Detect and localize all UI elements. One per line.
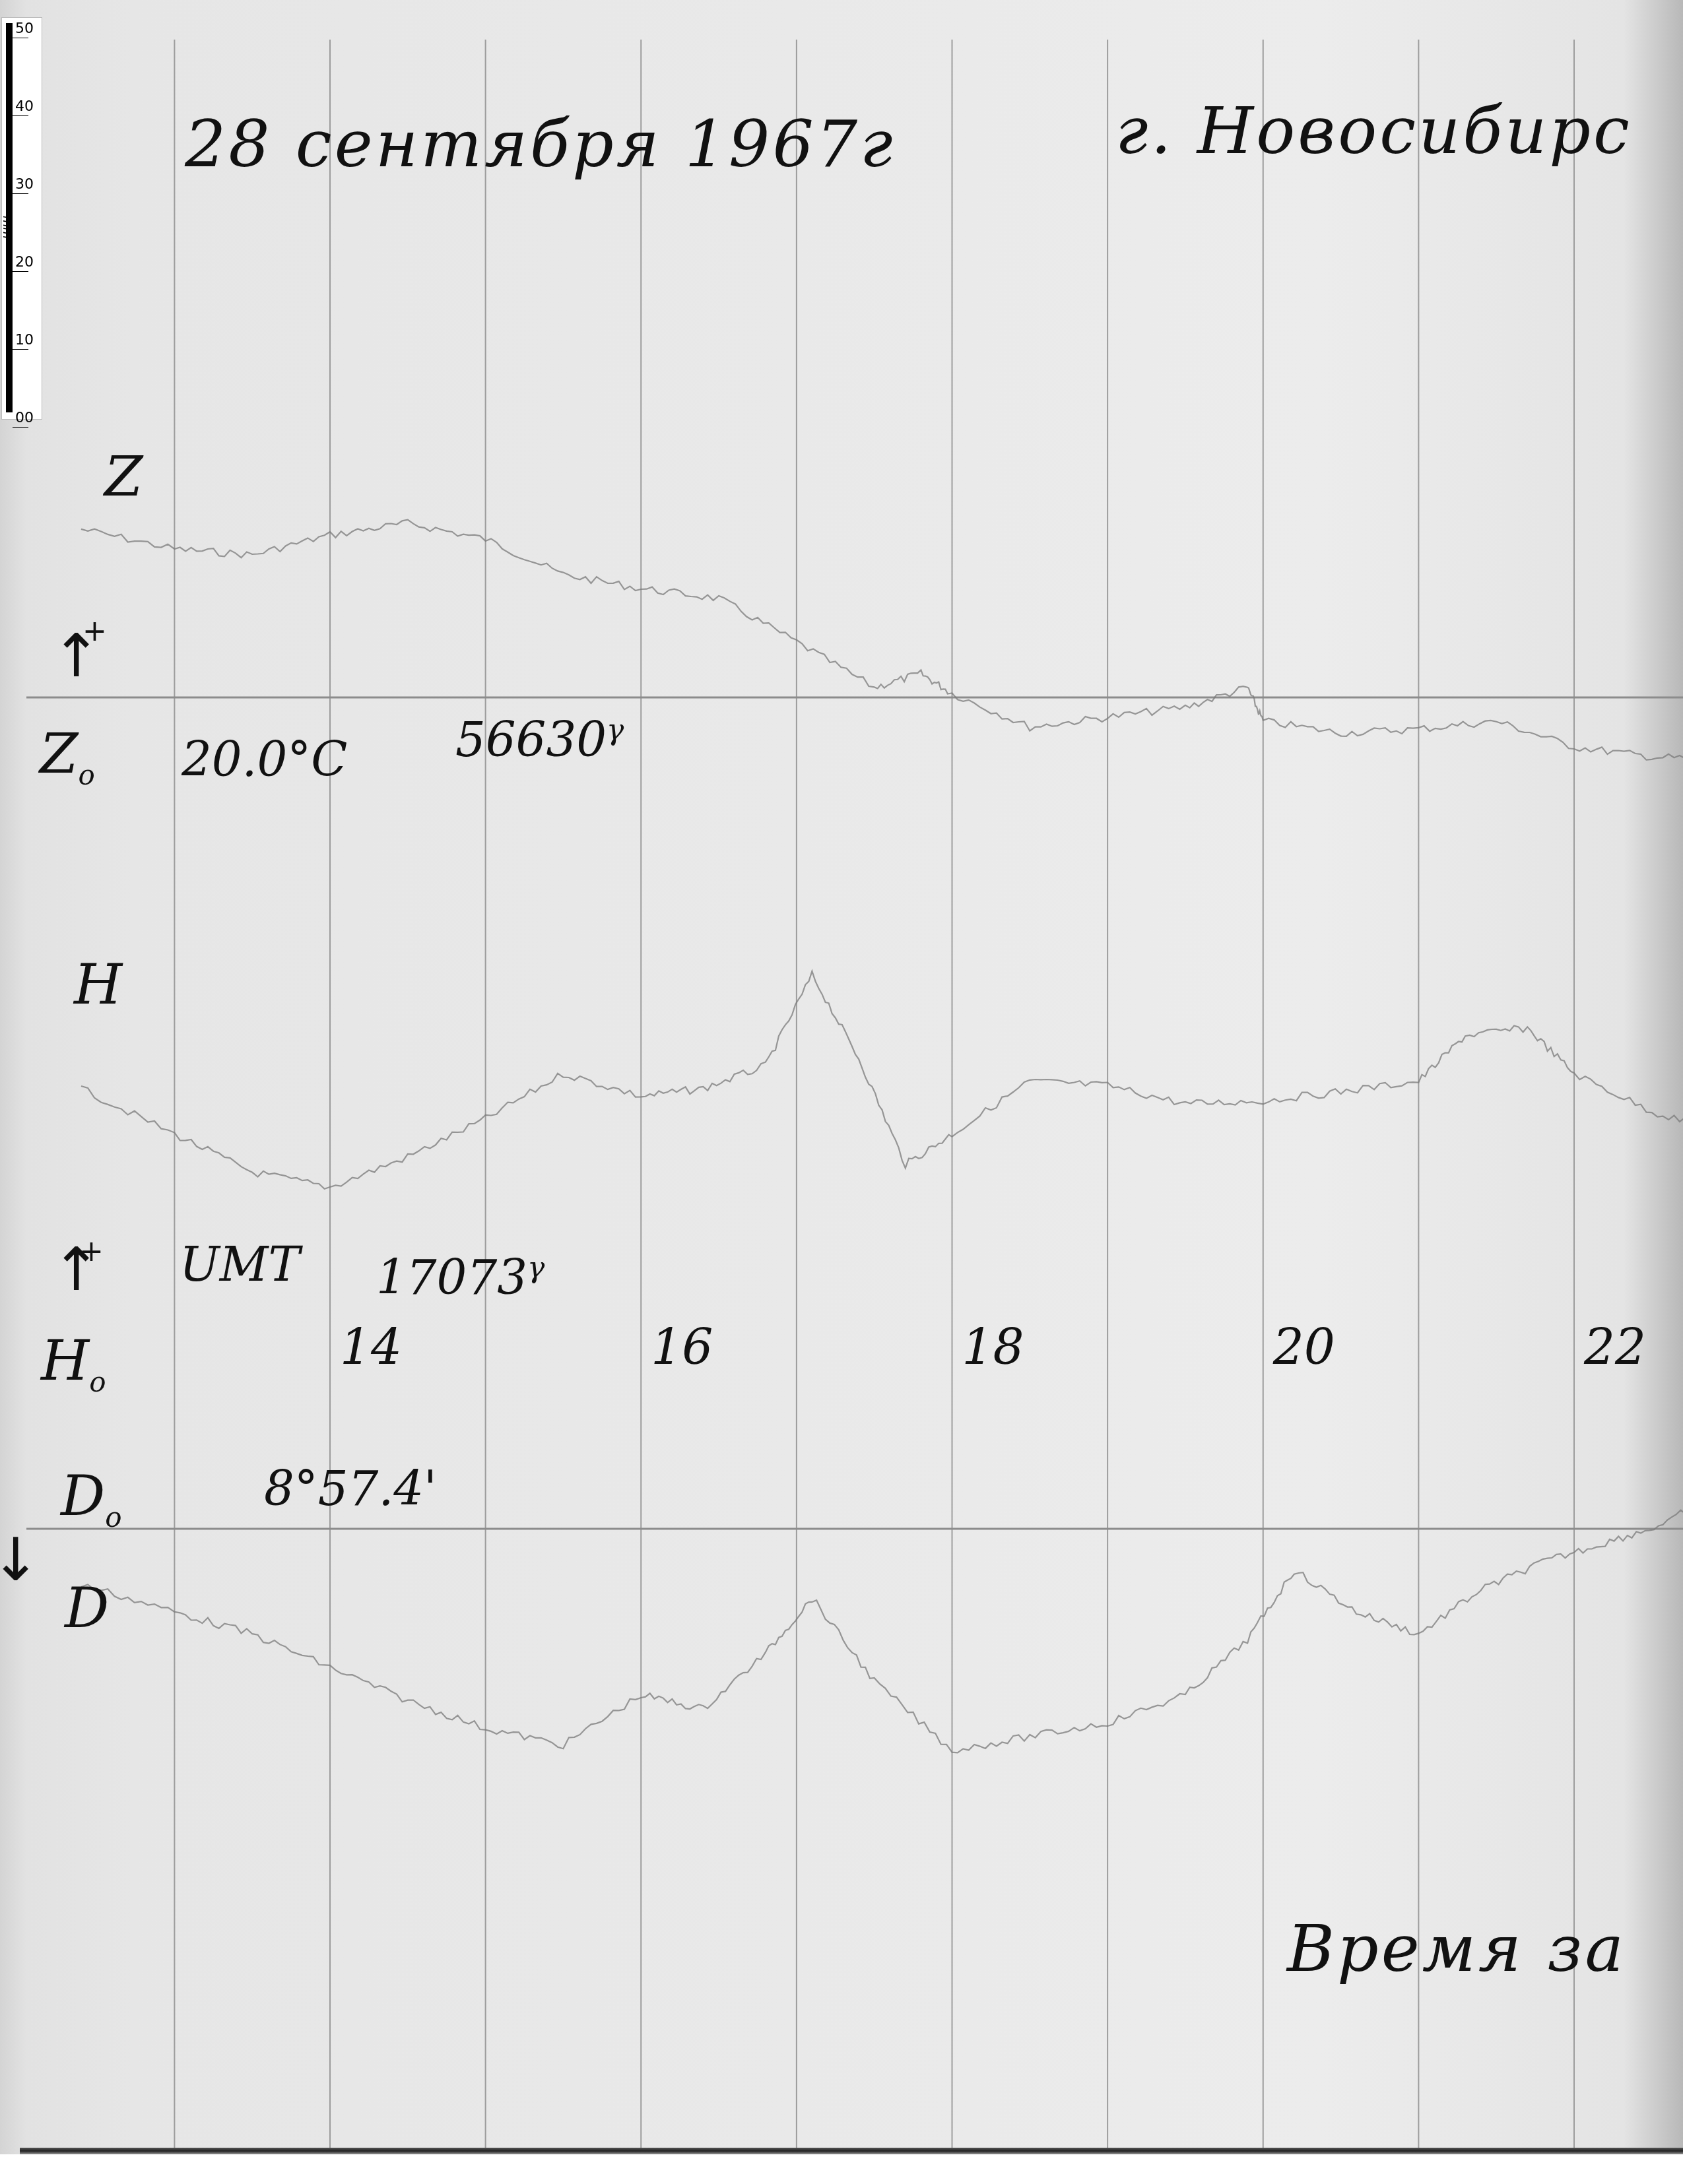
hour-label-20: 20 bbox=[1273, 1323, 1335, 1372]
ruler-tick-label: 30 bbox=[15, 176, 34, 193]
d0-label: Do bbox=[61, 1468, 122, 1531]
ruler-tick-label: 50 bbox=[15, 20, 34, 37]
h0-unit: γ bbox=[527, 1251, 544, 1285]
magnetogram-plot bbox=[0, 0, 1683, 2184]
z0-label: Zo bbox=[40, 726, 95, 789]
d0-value: 8°57.4' bbox=[264, 1465, 437, 1512]
h0-value: 17073γ bbox=[376, 1254, 544, 1301]
d0-subscript: o bbox=[105, 1501, 121, 1533]
z-label: Z bbox=[104, 449, 143, 504]
h-trace-line bbox=[81, 971, 1683, 1189]
z0-subscript: o bbox=[78, 759, 94, 791]
h0-subscript: o bbox=[89, 1366, 106, 1398]
chart-date: 28 сентября 1967г bbox=[185, 112, 896, 177]
hour-label-16: 16 bbox=[651, 1323, 713, 1372]
ruler-tick bbox=[13, 193, 28, 194]
d-down-arrow-icon: ↓ bbox=[0, 1531, 40, 1590]
z-temperature: 20.0°C bbox=[181, 736, 347, 783]
d0-letter: D bbox=[61, 1463, 105, 1528]
z0-value: 56630γ bbox=[455, 716, 624, 763]
d-label: D bbox=[65, 1580, 109, 1636]
ruler-tick-label: 00 bbox=[15, 410, 34, 426]
ruler-tick bbox=[13, 271, 28, 272]
ruler-tick bbox=[13, 38, 28, 38]
h-label: H bbox=[74, 957, 122, 1012]
z0-letter: Z bbox=[40, 721, 78, 786]
h0-value-number: 17073 bbox=[376, 1250, 527, 1305]
ruler-tick-label: 20 bbox=[15, 254, 34, 271]
d-trace-line bbox=[81, 1479, 1683, 1752]
ruler-tick-label: 40 bbox=[15, 98, 34, 115]
h0-letter: H bbox=[41, 1328, 89, 1393]
ruler-tick-label: 10 bbox=[15, 332, 34, 348]
z0-unit: γ bbox=[607, 713, 624, 747]
z0-value-number: 56630 bbox=[455, 712, 607, 767]
footer-time-note: Время за bbox=[1287, 1917, 1626, 1981]
station-city: г. Новосибирс bbox=[1115, 99, 1632, 164]
ruler-tick bbox=[13, 349, 28, 350]
ruler-tick bbox=[13, 115, 28, 116]
hour-label-18: 18 bbox=[962, 1323, 1024, 1372]
hour-label-22: 22 bbox=[1584, 1323, 1646, 1372]
hour-label-14: 14 bbox=[340, 1323, 402, 1372]
z-trace-line bbox=[81, 520, 1683, 768]
h-plus-sign: + bbox=[79, 1237, 104, 1266]
h0-label: Ho bbox=[41, 1333, 106, 1396]
time-system-label: UMT bbox=[180, 1240, 300, 1288]
z-plus-sign: + bbox=[82, 617, 107, 646]
ruler-unit: mm bbox=[0, 216, 14, 239]
mm-scale-ruler: mm 504030201000 bbox=[1, 17, 42, 420]
ruler-tick bbox=[13, 427, 28, 428]
